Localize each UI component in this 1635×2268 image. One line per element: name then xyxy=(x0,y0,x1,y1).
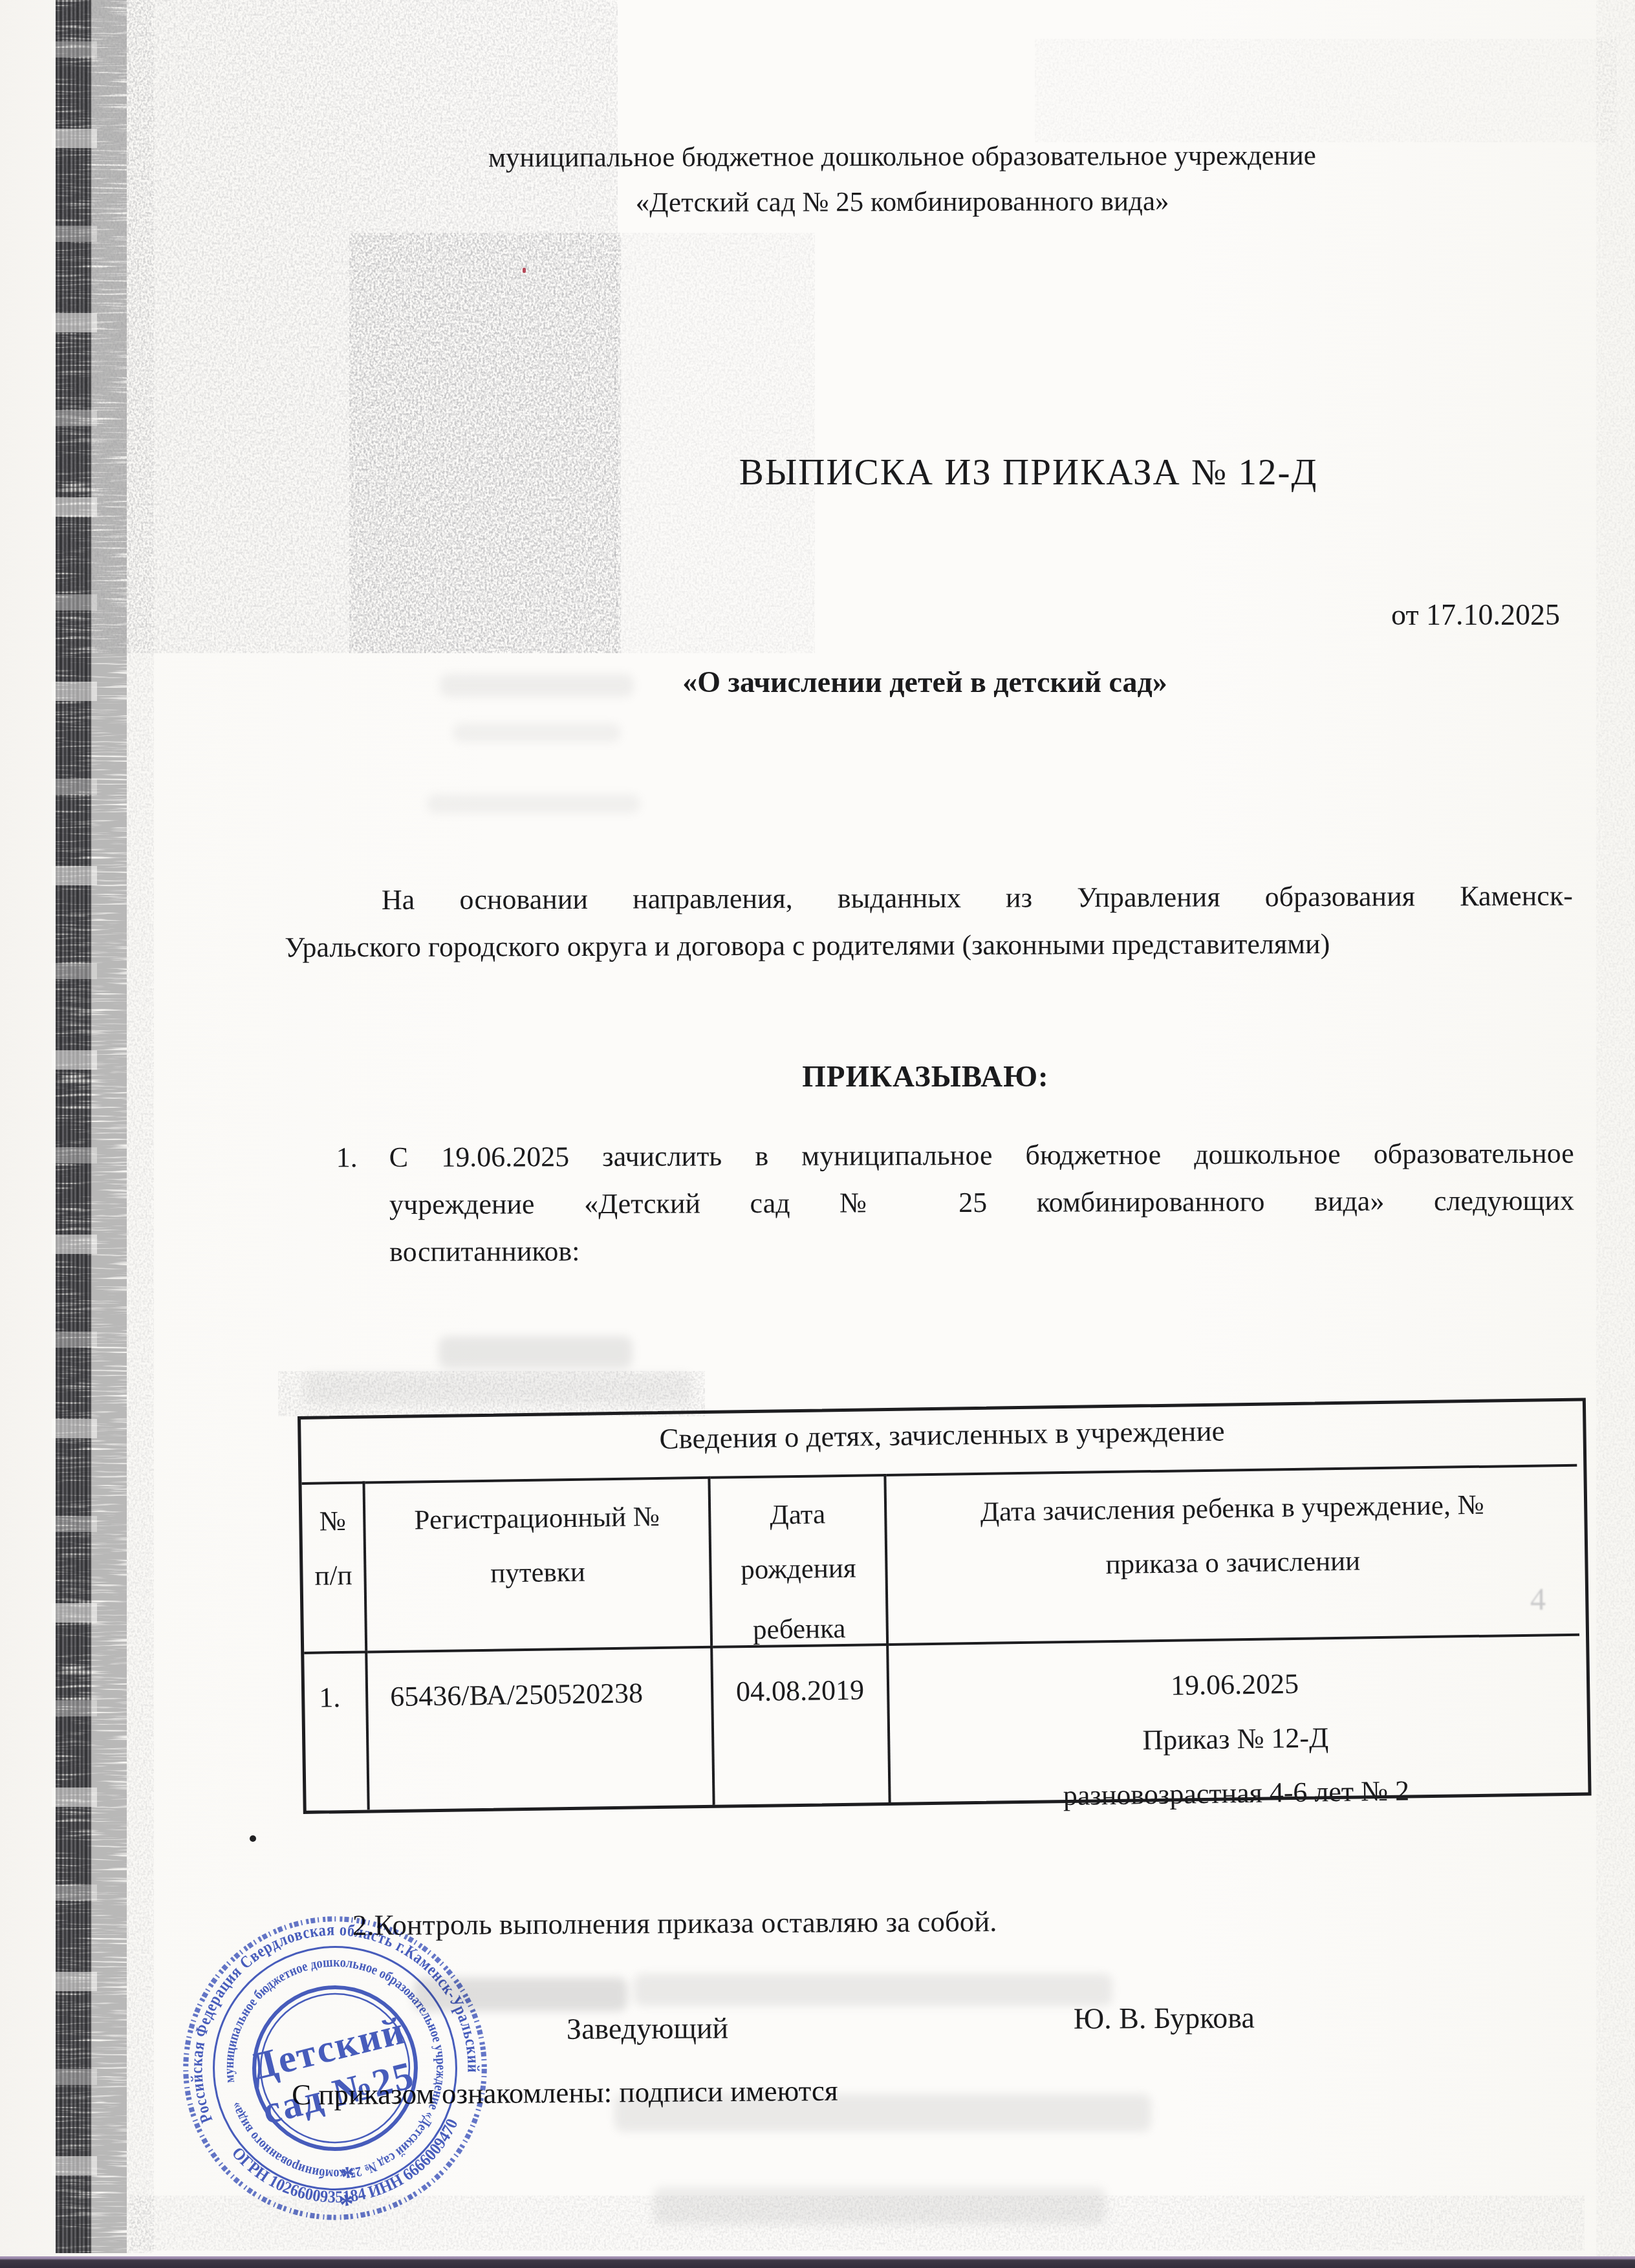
stamp-star-icon: * xyxy=(338,2187,356,2221)
bleedthrough-smudge xyxy=(427,794,640,814)
official-round-stamp: Российская Федерация Свердловская област… xyxy=(166,1899,504,2238)
left-edge-scan-band-gaps xyxy=(52,0,97,2253)
preamble-line1: На основании направления, выданных из Уп… xyxy=(285,872,1573,924)
stamp-ogrn-inn-text: ОГРН 1026600935184 ИНН 6666009470 xyxy=(227,2113,471,2221)
date-line: от 17.10.2025 xyxy=(1164,598,1560,632)
red-ink-speck xyxy=(523,268,526,273)
item1-line3: воспитанников: xyxy=(389,1224,1574,1275)
stamp-star-icon: * xyxy=(339,2159,358,2194)
col-header-reg: Регистрационный № путевки xyxy=(365,1476,713,1651)
scanned-order-document: 4 муниципальное бюджетное дошкольное обр… xyxy=(0,0,1635,2268)
row1-num: 1. xyxy=(304,1650,370,1810)
row1-birthdate: 04.08.2019 xyxy=(713,1643,891,1805)
order-item-1: 1. С 19.06.2025 зачислить в муниципально… xyxy=(336,1130,1575,1276)
stamp-outer-ragged-ring xyxy=(166,1899,503,2236)
subject-line: «О зачислении детей в детский сад» xyxy=(291,665,1559,699)
row1-enroll-group: разновозрастная 4-6 лет № 2 xyxy=(891,1762,1582,1826)
stamp-ring xyxy=(198,1931,471,2205)
enrollment-table: Сведения о детях, зачисленных в учрежден… xyxy=(298,1398,1592,1813)
acknowledgment-line: С приказом ознакомлены: подписи имеются xyxy=(292,2074,838,2112)
preamble-line2: Уральского городского округа и договора … xyxy=(285,920,1573,971)
bleedthrough-smudge xyxy=(653,2187,1106,2225)
order-heading: ПРИКАЗЫВАЮ: xyxy=(291,1059,1560,1094)
signature-name: Ю. В. Буркова xyxy=(1074,2000,1255,2035)
item1-line1: С 19.06.2025 зачислить в муниципальное б… xyxy=(389,1130,1574,1181)
signature-position: Заведующий xyxy=(567,2011,728,2046)
row1-enrollment: 19.06.2025 Приказ № 12-Д разновозрастная… xyxy=(889,1634,1581,1802)
org-header: муниципальное бюджетное дошкольное образ… xyxy=(272,133,1533,226)
bleedthrough-smudge xyxy=(453,723,621,742)
stamp-inner-ring2 xyxy=(251,1984,418,2152)
org-name-line2: «Детский сад № 25 комбинированного вида» xyxy=(272,178,1533,226)
bottom-scan-bar xyxy=(0,2256,1635,2268)
stamp-inner-ring xyxy=(244,1977,426,2159)
preamble: На основании направления, выданных из Уп… xyxy=(285,872,1573,971)
col-header-num: № п/п xyxy=(301,1482,367,1652)
row1-reg-number: 65436/ВА/250520238 xyxy=(367,1646,715,1810)
bleedthrough-smudge xyxy=(439,1336,633,1368)
stray-ink-dot xyxy=(250,1835,256,1842)
col-header-enrollment: Дата зачисления ребенка в учреждение, № … xyxy=(886,1464,1579,1643)
row1-enroll-order: Приказ № 12-Д xyxy=(890,1707,1581,1771)
item1-number: 1. xyxy=(336,1134,358,1181)
bleedthrough-smudge xyxy=(414,1978,627,2011)
doc-title: ВЫПИСКА ИЗ ПРИКАЗА № 12-Д xyxy=(407,451,1635,493)
org-name-line1: муниципальное бюджетное дошкольное образ… xyxy=(272,133,1533,181)
row1-enroll-date: 19.06.2025 xyxy=(889,1653,1581,1717)
bleedthrough-smudge xyxy=(634,1974,1112,2006)
control-item: 2.Контроль выполнения приказа оставляю з… xyxy=(352,1905,997,1942)
svg-text:ОГРН 1026600935184 ИНН 6666009: ОГРН 1026600935184 ИНН 6666009470 xyxy=(227,2113,471,2221)
col-header-birthdate: Дата рождения ребенка xyxy=(710,1474,889,1646)
item1-line2: учреждение «Детский сад № 25 комбинирова… xyxy=(389,1177,1574,1228)
bleedthrough-smudge xyxy=(304,1372,692,1405)
